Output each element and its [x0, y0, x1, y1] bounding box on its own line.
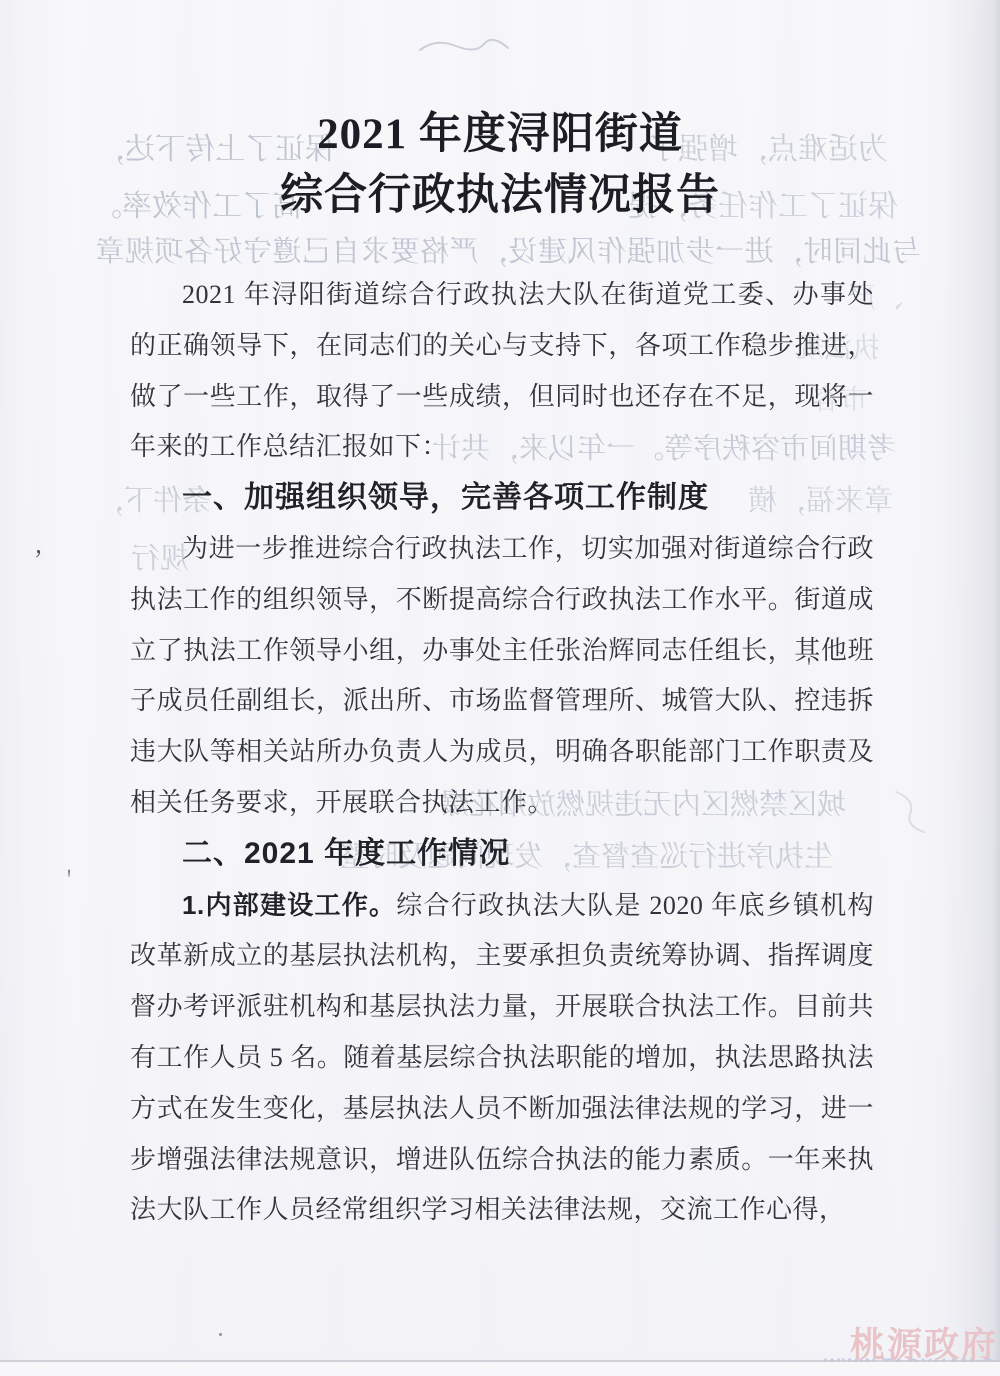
document-title: 2021 年度浔阳街道 综合行政执法情况报告 — [0, 104, 1000, 226]
section-heading-1: 一、加强组织领导，完善各项工作制度 — [130, 473, 874, 524]
scanned-document-page: 保证了上传下达， 为适难点，增强了 高了工作效率。 保证了工作任务，提 与此同时… — [0, 0, 1000, 1376]
ink-speck: ， — [34, 525, 63, 563]
paragraph-section1: 为进一步推进综合行政执法工作，切实加强对街道综合行政执法工作的组织领导，不断提高… — [130, 524, 874, 829]
paragraph-intro: 2021 年浔阳街道综合行政执法大队在街道党工委、办事处的正确领导下，在同志们的… — [130, 270, 874, 473]
scan-bottom-strip — [0, 1362, 1000, 1376]
dust-dot — [219, 1333, 222, 1336]
document-title-line1: 2021 年度浔阳街道 — [0, 104, 1000, 165]
section-heading-2: 二、2021 年度工作情况 — [130, 829, 874, 880]
bleedthrough-text: 与此同时，进一步加强作风建设，严格要求自己遵守好各项规章 — [95, 229, 921, 270]
paragraph-section2: 1.内部建设工作。综合行政执法大队是 2020 年底乡镇机构改革新成立的基层执法… — [130, 880, 874, 1237]
scan-scratch-mark — [886, 786, 934, 838]
document-body: 2021 年浔阳街道综合行政执法大队在街道党工委、办事处的正确领导下，在同志们的… — [130, 270, 874, 1236]
paragraph-lead-bold: 1.内部建设工作。 — [182, 890, 396, 920]
ink-speck: ＇ — [58, 864, 80, 895]
scan-bottom-edge-line — [0, 1360, 1000, 1362]
scan-scratch-mark — [418, 34, 510, 60]
paragraph-section2-text: 综合行政执法大队是 2020 年底乡镇机构改革新成立的基层执法机构，主要承担负责… — [130, 891, 874, 1225]
document-title-line2: 综合行政执法情况报告 — [0, 165, 1000, 226]
